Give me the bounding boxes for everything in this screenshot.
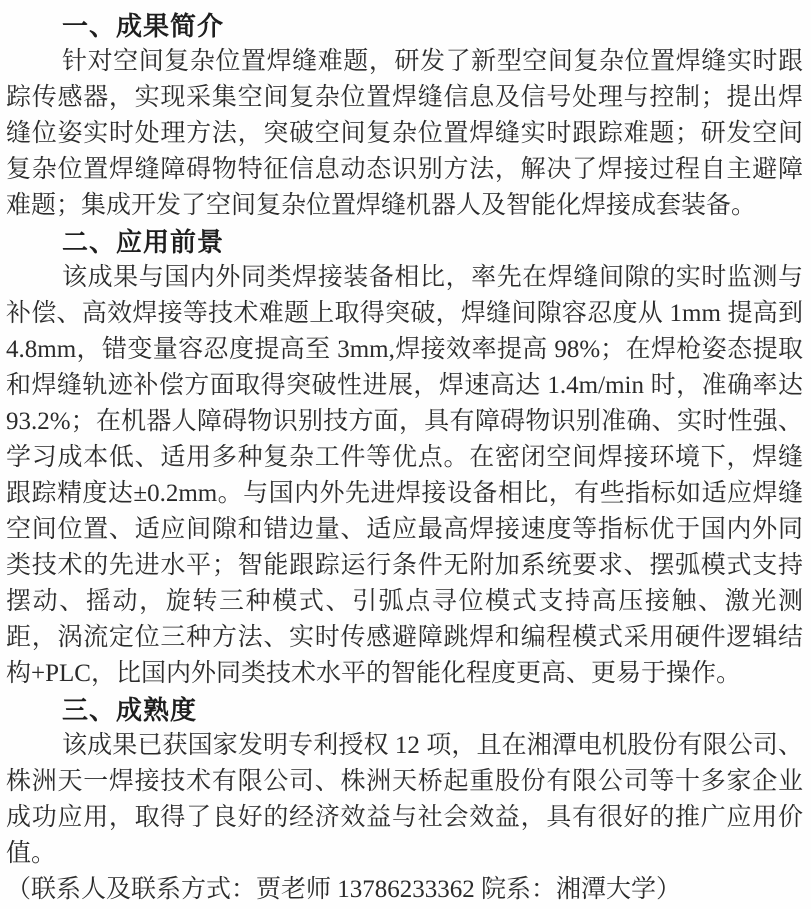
section-1-heading: 一、成果简介 <box>6 8 803 44</box>
section-2-body: 该成果与国内外同类焊接装备相比，率先在焊缝间隙的实时监测与补偿、高效焊接等技术难… <box>6 260 803 692</box>
section-2-heading: 二、应用前景 <box>6 224 803 260</box>
document-page: 一、成果简介 针对空间复杂位置焊缝难题，研发了新型空间复杂位置焊缝实时跟踪传感器… <box>0 0 811 909</box>
section-1-body: 针对空间复杂位置焊缝难题，研发了新型空间复杂位置焊缝实时跟踪传感器，实现采集空间… <box>6 44 803 224</box>
section-3-body: 该成果已获国家发明专利授权 12 项，且在湘潭电机股份有限公司、株洲天一焊接技术… <box>6 728 803 872</box>
contact-info-line: （联系人及联系方式：贾老师 13786233362 院系：湘潭大学） <box>6 872 803 908</box>
section-3-heading: 三、成熟度 <box>6 692 803 728</box>
